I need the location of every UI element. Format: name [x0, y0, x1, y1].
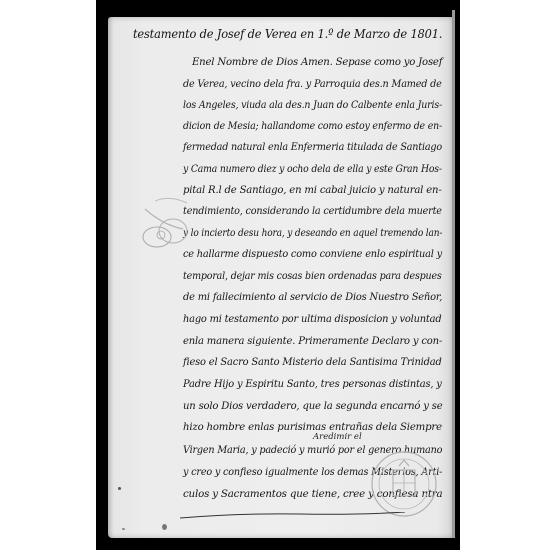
manuscript-line: de Verea, vecino dela fra. y Parroquia d… [183, 78, 442, 90]
manuscript-line: fieso el Sacro Santo Misterio dela Santi… [183, 356, 442, 368]
manuscript-line: pital R.l de Santiago, en mi cabal juici… [183, 184, 442, 196]
interlinear-insertion: Aredimir el [313, 432, 362, 442]
manuscript-line: ce hallarme dispuesto como conviene enlo… [183, 248, 442, 260]
manuscript-line: tendimiento, considerando la certidumbre… [183, 205, 442, 217]
manuscript-line: Padre Hijo y Espiritu Santo, tres person… [183, 378, 442, 390]
manuscript-line: hago mi testamento por ultima disposicio… [183, 313, 441, 325]
page-edge [452, 10, 455, 538]
archive-seal-icon [369, 450, 439, 518]
margin-sketch-icon [135, 195, 205, 255]
manuscript-line: Enel Nombre de Dios Amen. Sepase como yo… [192, 56, 442, 68]
manuscript-line: temporal, dejar mis cosas bien ordenadas… [183, 270, 442, 282]
document-title: testamento de Josef de Verea en 1.º de M… [133, 26, 442, 41]
manuscript-line: fermedad natural enla Enfermeria titulad… [183, 141, 442, 153]
manuscript-line: y lo incierto desu hora, y deseando en a… [183, 227, 442, 239]
manuscript-line: enla manera siguiente. Primeramente Decl… [183, 335, 442, 347]
manuscript-line: y Cama numero diez y ocho dela de ella y… [183, 163, 442, 175]
manuscript-line: de mi fallecimiento al servicio de Dios … [183, 291, 442, 303]
manuscript-line: los Angeles, viuda ala des.n Juan do Cal… [183, 99, 442, 111]
manuscript-line: dicion de Mesia; hallandome como estoy e… [183, 120, 442, 132]
closing-flourish [180, 512, 405, 520]
paper-speck [118, 487, 121, 490]
manuscript-line: un solo Dios verdadero, que la segunda e… [183, 400, 442, 412]
paper-speck [162, 524, 167, 530]
paper-speck [122, 528, 125, 530]
